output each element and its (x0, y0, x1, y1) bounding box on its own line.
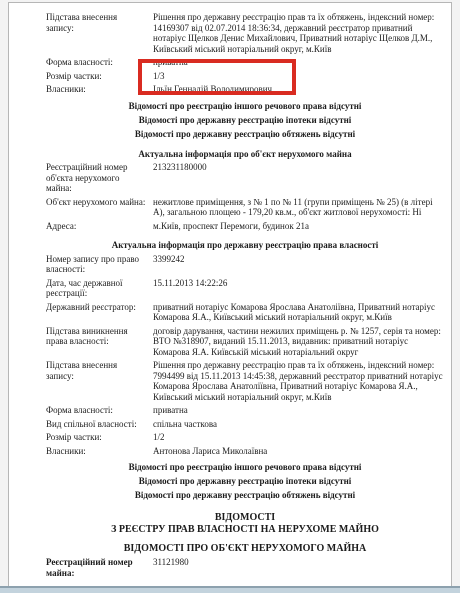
field-value: 15.11.2013 14:22:26 (153, 278, 444, 299)
field-value: м.Київ, проспект Перемоги, будинок 21а (153, 221, 444, 232)
absence-notes-2: Відомості про реєстрацію іншого речового… (46, 462, 444, 504)
field-label: Реєстраційний номер майна: (46, 557, 153, 578)
field-label: Підстава виникнення права власності: (46, 326, 153, 358)
field-label: Державний реєстратор: (46, 302, 153, 323)
field-row-ownership-basis: Підстава виникнення права власності: дог… (46, 326, 444, 358)
field-row-property-registration-number: Реєстраційний номер майна: 31121980 (46, 557, 444, 578)
field-row-address: Адреса: м.Київ, проспект Перемоги, будин… (46, 221, 444, 232)
section-heading-ownership-info: Актуальна інформація про державну реєстр… (46, 240, 444, 251)
absence-notes-1: Відомості про реєстрацію іншого речового… (46, 101, 444, 143)
registry-title-line2: З РЕЄСТРУ ПРАВ ВЛАСНОСТІ НА НЕРУХОМЕ МАЙ… (46, 524, 444, 536)
page-bottom-edge (0, 586, 460, 593)
field-label: Розмір частки: (46, 71, 153, 82)
field-row-share-size-2: Розмір частки: 1/2 (46, 432, 444, 443)
section-heading-object-details: ВІДОМОСТІ ПРО ОБ'ЄКТ НЕРУХОМОГО МАЙНА (46, 543, 444, 554)
field-label: Реєстраційний номер об'єкта нерухомого м… (46, 162, 153, 194)
field-row-basis-of-entry-1: Підстава внесення запису: Рішення про де… (46, 12, 444, 54)
field-label: Форма власності: (46, 57, 153, 68)
field-value: 3399242 (153, 254, 444, 275)
field-row-joint-ownership-type: Вид спільної власності: спільна часткова (46, 419, 444, 430)
absence-note-mortgage: Відомості про державну реєстрацію іпотек… (46, 115, 444, 126)
field-label: Підстава внесення запису: (46, 12, 153, 54)
field-value: Рішення про державну реєстрацію прав та … (153, 360, 444, 402)
field-value: 31121980 (153, 557, 444, 578)
field-value: приватний нотаріус Комарова Ярослава Ана… (153, 302, 444, 323)
absence-note-encumbrances: Відомості про державну реєстрацію обтяже… (46, 129, 444, 140)
field-label: Об'єкт нерухомого майна: (46, 197, 153, 218)
absence-note-other-rights: Відомості про реєстрацію іншого речового… (46, 462, 444, 473)
field-row-state-registrar: Державний реєстратор: приватний нотаріус… (46, 302, 444, 323)
absence-note-encumbrances: Відомості про державну реєстрацію обтяже… (46, 490, 444, 501)
absence-note-other-rights: Відомості про реєстрацію іншого речового… (46, 101, 444, 112)
field-value: приватна (153, 405, 444, 416)
field-row-property-object: Об'єкт нерухомого майна: нежитлове примі… (46, 197, 444, 218)
field-label: Дата, час державної реєстрації: (46, 278, 153, 299)
registry-title-line1: ВІДОМОСТІ (46, 512, 444, 524)
field-row-ownership-form-2: Форма власності: приватна (46, 405, 444, 416)
field-label: Власники: (46, 446, 153, 457)
field-value: Антонова Лариса Миколаївна (153, 446, 444, 457)
red-highlight-box (138, 59, 296, 95)
field-value: Рішення про державну реєстрацію прав та … (153, 12, 444, 54)
registry-title: ВІДОМОСТІ З РЕЄСТРУ ПРАВ ВЛАСНОСТІ НА НЕ… (46, 512, 444, 535)
field-label: Власники: (46, 84, 153, 95)
field-row-basis-of-entry-2: Підстава внесення запису: Рішення про де… (46, 360, 444, 402)
document-page: Підстава внесення запису: Рішення про де… (8, 2, 452, 587)
field-label: Підстава внесення запису: (46, 360, 153, 402)
field-row-record-number: Номер запису про право власності: 339924… (46, 254, 444, 275)
section-heading-object-info: Актуальна інформація про об'єкт нерухомо… (46, 149, 444, 160)
field-label: Вид спільної власності: (46, 419, 153, 430)
field-label: Розмір частки: (46, 432, 153, 443)
field-label: Номер запису про право власності: (46, 254, 153, 275)
field-value: 1/2 (153, 432, 444, 443)
field-label: Адреса: (46, 221, 153, 232)
absence-note-mortgage: Відомості про державну реєстрацію іпотек… (46, 476, 444, 487)
field-value: спільна часткова (153, 419, 444, 430)
field-value: 213231180000 (153, 162, 444, 194)
field-row-registration-datetime: Дата, час державної реєстрації: 15.11.20… (46, 278, 444, 299)
field-row-registration-number: Реєстраційний номер об'єкта нерухомого м… (46, 162, 444, 194)
field-value: договір дарування, частини нежилих примі… (153, 326, 444, 358)
field-row-owners-2: Власники: Антонова Лариса Миколаївна (46, 446, 444, 457)
field-label: Форма власності: (46, 405, 153, 416)
field-value: нежитлове приміщення, з № 1 по № 11 (гру… (153, 197, 444, 218)
